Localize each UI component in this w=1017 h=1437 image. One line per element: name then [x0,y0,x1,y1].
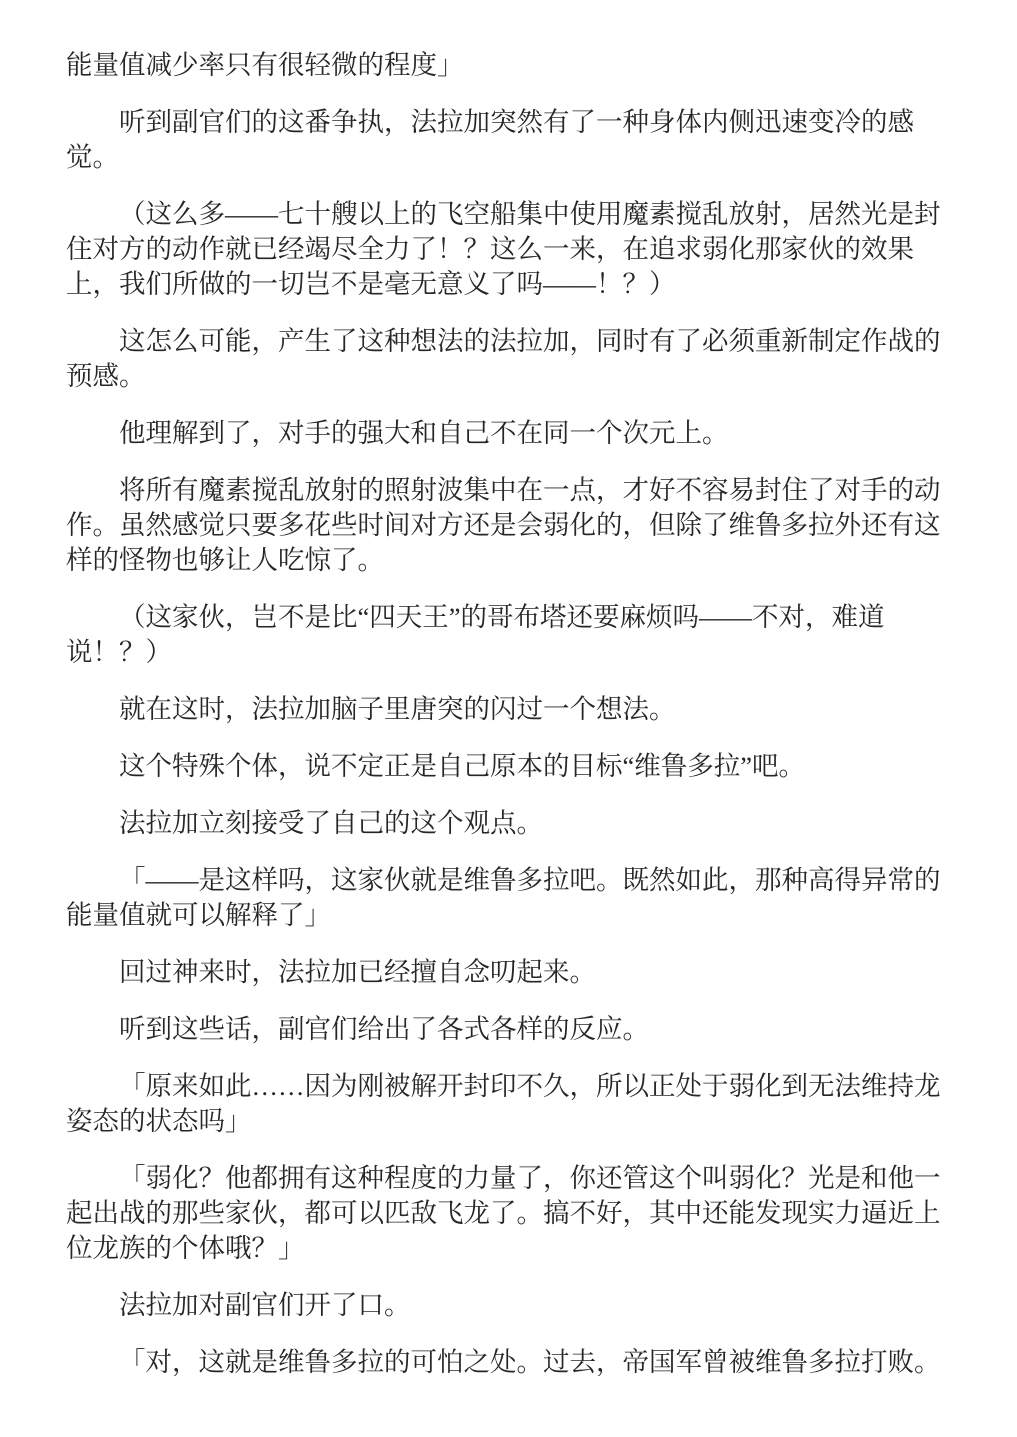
paragraph: 回过神来时，法拉加已经擅自念叨起来。 [66,955,941,990]
paragraph: 「弱化？他都拥有这种程度的力量了，你还管这个叫弱化？光是和他一起出战的那些家伙，… [66,1161,941,1266]
paragraph: 法拉加对副官们开了口。 [66,1288,941,1323]
paragraph: 「——是这样吗，这家伙就是维鲁多拉吧。既然如此，那种高得异常的能量值就可以解释了… [66,863,941,933]
paragraph: 能量值减少率只有很轻微的程度」 [66,48,941,83]
paragraph: 将所有魔素搅乱放射的照射波集中在一点，才好不容易封住了对手的动作。虽然感觉只要多… [66,473,941,578]
paragraph: 这个特殊个体，说不定正是自己原本的目标“维鲁多拉”吧。 [66,749,941,784]
paragraph: 法拉加立刻接受了自己的这个观点。 [66,806,941,841]
paragraph: 就在这时，法拉加脑子里唐突的闪过一个想法。 [66,692,941,727]
text-column: 能量值减少率只有很轻微的程度」听到副官们的这番争执，法拉加突然有了一种身体内侧迅… [66,48,941,1380]
paragraph: （这么多——七十艘以上的飞空船集中使用魔素搅乱放射，居然光是封住对方的动作就已经… [66,197,941,302]
paragraph: （这家伙，岂不是比“四天王”的哥布塔还要麻烦吗——不对，难道说！？） [66,600,941,670]
paragraph: 「对，这就是维鲁多拉的可怕之处。过去，帝国军曾被维鲁多拉打败。 [66,1345,941,1380]
paragraph: 听到副官们的这番争执，法拉加突然有了一种身体内侧迅速变冷的感觉。 [66,105,941,175]
paragraph: 「原来如此……因为刚被解开封印不久，所以正处于弱化到无法维持龙姿态的状态吗」 [66,1069,941,1139]
paragraph: 听到这些话，副官们给出了各式各样的反应。 [66,1012,941,1047]
paragraph: 他理解到了，对手的强大和自己不在同一个次元上。 [66,416,941,451]
paragraph: 这怎么可能，产生了这种想法的法拉加，同时有了必须重新制定作战的预感。 [66,324,941,394]
document-page: 能量值减少率只有很轻微的程度」听到副官们的这番争执，法拉加突然有了一种身体内侧迅… [0,0,1017,1437]
